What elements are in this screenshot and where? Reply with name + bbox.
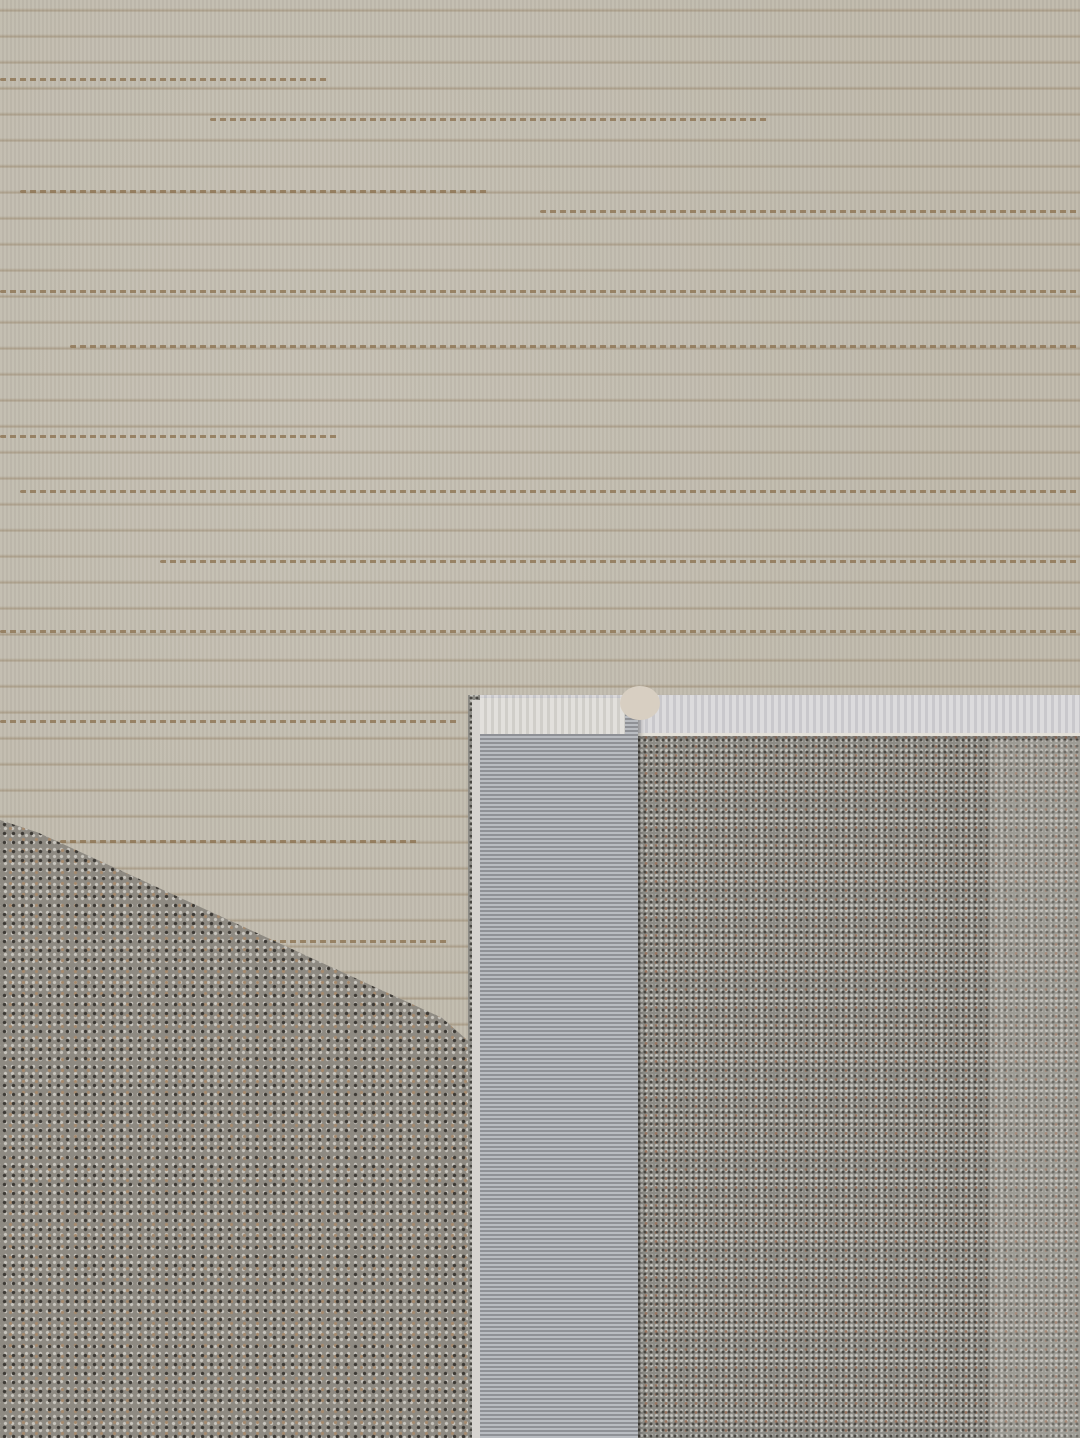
brown-streak — [160, 560, 1080, 563]
brown-streak — [540, 210, 1080, 213]
brown-streak — [0, 630, 1080, 633]
brown-streak — [20, 190, 490, 193]
brown-streak — [0, 78, 330, 81]
brown-streak — [0, 290, 1080, 293]
binding-strip-cap — [480, 698, 625, 734]
brown-streak — [210, 118, 770, 121]
brown-streak — [0, 435, 340, 438]
brown-streak — [20, 490, 1080, 493]
rug-photo — [0, 0, 1080, 1438]
brown-streak — [0, 720, 460, 723]
brown-streak — [60, 840, 420, 843]
binding-strip — [472, 700, 638, 1438]
edge-knot — [620, 686, 660, 720]
backing-light-band — [990, 740, 1080, 1438]
brown-streak — [70, 345, 1080, 348]
